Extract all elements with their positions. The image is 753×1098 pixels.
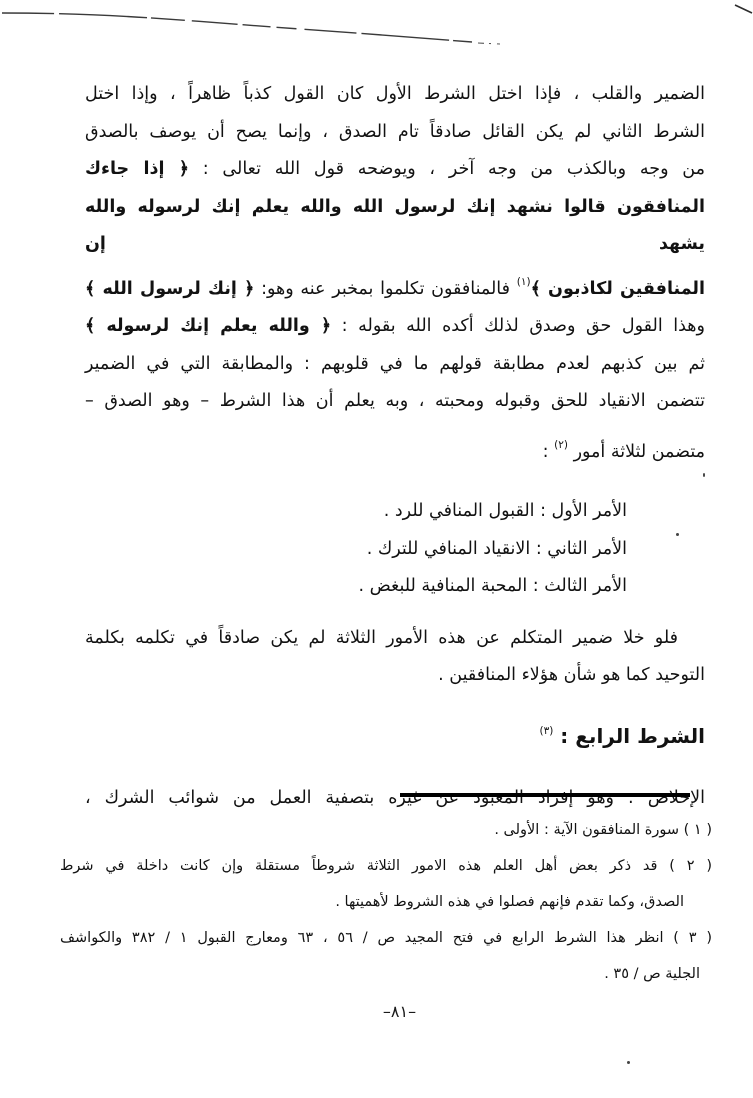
conclusion-paragraph: فلو خلا ضمير المتكلم عن هذه الأمور الثلا…: [85, 620, 705, 695]
text-line: تتضمن الانقياد للحق وقبوله ومحبته ، وبه …: [85, 383, 705, 421]
text-line: الضمير والقلب ، فإذا اختل الشرط الأول كا…: [85, 76, 705, 114]
text-line: التوحيد كما هو شأن هؤلاء المنافقين .: [85, 657, 705, 695]
footnotes: ( ١ ) سورة المنافقون الآية : الأولى .( ٢…: [60, 812, 712, 992]
text-line: الشرط الثاني لم يكن القائل صادقاً تام ال…: [85, 114, 705, 152]
three-matters-intro: متضمن لثلاثة أمور (٢) :: [85, 427, 705, 472]
footnote-line: ( ٣ ) انظر هذا الشرط الرابع في فتح المجي…: [60, 920, 712, 956]
text-line: فلو خلا ضمير المتكلم عن هذه الأمور الثلا…: [85, 620, 705, 658]
scan-artifact-line: [0, 0, 753, 60]
body-text: الضمير والقلب ، فإذا اختل الشرط الأول كا…: [85, 76, 705, 817]
footnote-line: ( ١ ) سورة المنافقون الآية : الأولى .: [60, 812, 712, 848]
text-line: الأمر الأول : القبول المنافي للرد .: [85, 493, 705, 531]
text-line: ثم بين كذبهم لعدم مطابقة قولهم ما في قلو…: [85, 346, 705, 384]
footnote-ref: (١): [517, 276, 531, 288]
scan-speck: [627, 1061, 630, 1064]
page-number: –٨١–: [23, 1002, 753, 1021]
text-line: متضمن لثلاثة أمور (٢) :: [85, 427, 705, 472]
text-line: المنافقين لكاذبون ﴾(١) فالمنافقون تكلموا…: [85, 264, 705, 309]
footnote-line: الجلية ص / ٣٥ .: [60, 956, 712, 992]
text-line: الشرط الرابع : (٣): [85, 711, 705, 756]
footnote-line: الصدق، وكما تقدم فإنهم فصلوا في هذه الشر…: [60, 884, 712, 920]
footnote-line: ( ٢ ) قد ذكر بعض أهل العلم هذه الامور ال…: [60, 848, 712, 884]
text-line: من وجه وبالكذب من وجه آخر ، ويوضحه قول ا…: [85, 151, 705, 189]
footnote-ref: (٢): [554, 439, 568, 451]
text-line: الأمر الثالث : المحبة المنافية للبغض .: [85, 568, 705, 606]
text-line: الأمر الثاني : الانقياد المنافي للترك .: [85, 531, 705, 569]
text-line: وهذا القول حق وصدق لذلك أكده الله بقوله …: [85, 308, 705, 346]
footnote-separator: [400, 793, 690, 797]
footnote-ref: (٣): [539, 725, 553, 737]
text-line: المنافقون قالوا نشهد إنك لرسول الله والل…: [85, 189, 705, 264]
fourth-condition-heading: الشرط الرابع : (٣): [85, 711, 705, 756]
scanned-page: الضمير والقلب ، فإذا اختل الشرط الأول كا…: [0, 0, 753, 1098]
opening-paragraph: الضمير والقلب ، فإذا اختل الشرط الأول كا…: [85, 76, 705, 421]
three-matters-list: الأمر الأول : القبول المنافي للرد .الأمر…: [85, 493, 705, 606]
